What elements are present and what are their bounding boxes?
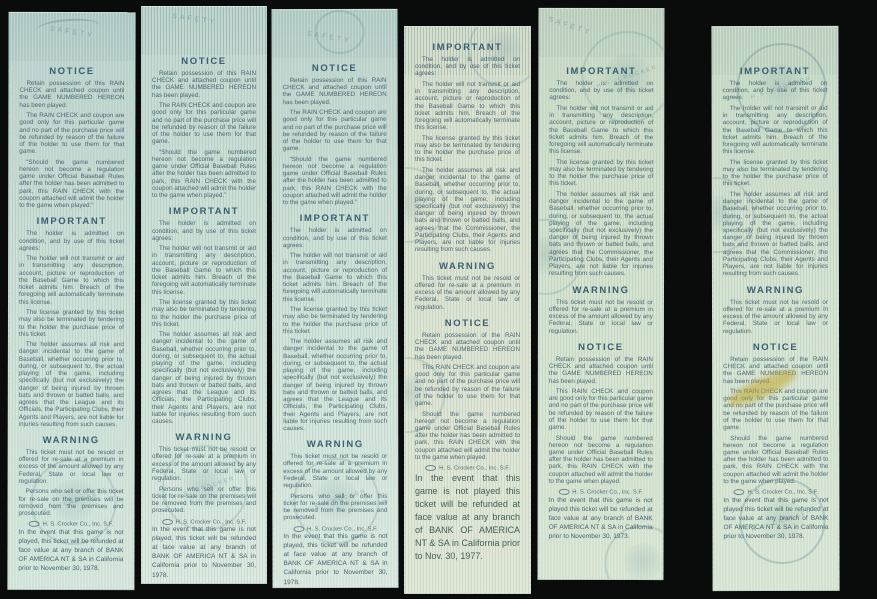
ticket-paragraph: The holder assumes all risk and danger i… xyxy=(415,167,520,254)
ticket-paragraph: The license granted by this ticket may a… xyxy=(415,135,520,164)
ticket-text-block: IMPORTANTThe holder is admitted on condi… xyxy=(549,9,654,496)
ticket-paragraph: The holder is admitted on condition, and… xyxy=(723,80,828,102)
ticket-paragraph: The holder will not transmit or aid in t… xyxy=(152,245,256,296)
ticket-text-block: IMPORTANTThe holder is admitted on condi… xyxy=(722,27,828,496)
refund-note: In the event that this game is not playe… xyxy=(549,496,653,542)
ticket-paragraph: This ticket must not be resold or offere… xyxy=(283,453,387,489)
ticket-text-block: IMPORTANTThe holder is admitted on condi… xyxy=(415,27,520,472)
section-heading-notice: NOTICE xyxy=(723,342,828,353)
ticket-back-4: IMPORTANTThe holder is admitted on condi… xyxy=(404,26,531,594)
section-heading-notice: NOTICE xyxy=(19,66,124,77)
refund-note: In the event that this game is not playe… xyxy=(152,525,256,580)
ticket-paragraph: This ticket must not be resold or offere… xyxy=(549,299,653,335)
ticket-paragraph: “Should the game numbered hereon not bec… xyxy=(19,159,124,210)
ticket-paragraph: The holder will not transmit or aid in t… xyxy=(723,105,828,156)
section-heading-notice: NOTICE xyxy=(283,63,387,74)
crocker-logo-icon xyxy=(293,526,304,532)
ticket-paragraph: The holder assumes all risk and danger i… xyxy=(283,338,387,432)
ticket-paragraph: The license granted by this ticket may a… xyxy=(723,159,828,188)
crocker-logo-icon xyxy=(29,521,40,527)
ticket-back-2: SAFETY H.S. CROCKER NOTICERetain possess… xyxy=(141,6,267,584)
ticket-paragraph: Persons who sell or offer this ticket fo… xyxy=(283,493,387,522)
ticket-paragraph: Retain possession of the RAIN CHECK and … xyxy=(549,356,653,385)
ticket-paragraph: Should the game numbered hereon not beco… xyxy=(723,434,828,485)
ticket-paragraph: The holder assumes all risk and danger i… xyxy=(152,331,256,425)
ticket-paragraph: The holder is admitted on condition, and… xyxy=(283,227,387,249)
section-heading-important: IMPORTANT xyxy=(152,206,256,217)
ticket-paragraph: Retain possession of this RAIN CHECK and… xyxy=(283,77,387,106)
ticket-paragraph: The holder is admitted on condition, and… xyxy=(549,80,653,102)
ticket-paragraph: This ticket must not be resold or offere… xyxy=(19,449,124,485)
ticket-paragraph: This ticket must not be resold or offere… xyxy=(415,275,520,311)
crocker-logo-icon xyxy=(558,489,569,495)
ticket-text-block: NOTICERetain possession of this RAIN CHE… xyxy=(19,13,125,528)
crocker-logo-icon xyxy=(734,489,745,495)
section-heading-warning: WARNING xyxy=(283,439,387,450)
ticket-paragraph: “Should the game numbered hereon not bec… xyxy=(152,149,256,200)
section-heading-notice: NOTICE xyxy=(549,342,653,353)
ticket-paragraph: Persons who sell or offer this ticket fo… xyxy=(19,488,124,517)
ticket-paragraph: The holder will not transmit or aid in t… xyxy=(549,105,653,156)
refund-note: In the event that this game is not playe… xyxy=(283,532,387,587)
ticket-paragraph: The RAIN CHECK and coupon are good only … xyxy=(152,102,256,145)
section-heading-warning: WARNING xyxy=(19,435,124,446)
ticket-paragraph: The holder will not transmit or aid in t… xyxy=(19,255,124,306)
refund-note: In the event that this game is not playe… xyxy=(18,528,123,574)
ticket-paragraph: The license granted by this ticket may a… xyxy=(549,159,653,188)
ticket-paragraph: The license granted by this ticket may a… xyxy=(19,309,124,338)
ticket-text-block: NOTICERetain possession of this RAIN CHE… xyxy=(152,7,256,525)
section-heading-important: IMPORTANT xyxy=(19,216,124,227)
section-heading-warning: WARNING xyxy=(723,285,828,296)
section-heading-notice: NOTICE xyxy=(415,318,520,329)
ticket-back-6: H.S. CROCKER H.S. CROCKER IMPORTANTThe h… xyxy=(711,26,839,591)
ticket-back-3: SAFETY H.S. CROCKER NOTICERetain possess… xyxy=(271,9,398,588)
ticket-paragraph: The license granted by this ticket may a… xyxy=(152,299,256,328)
ticket-paragraph: Retain possession of this RAIN CHECK and… xyxy=(152,70,256,99)
ticket-paragraph: The RAIN CHECK and coupon are good only … xyxy=(19,112,124,156)
ticket-paragraph: The holder is admitted on condition, and… xyxy=(152,220,256,242)
ticket-paragraph: “Should the game numbered hereon not bec… xyxy=(283,156,387,207)
section-heading-important: IMPORTANT xyxy=(549,66,653,77)
section-heading-notice: NOTICE xyxy=(152,56,256,67)
section-heading-warning: WARNING xyxy=(415,261,520,272)
section-heading-important: IMPORTANT xyxy=(415,42,520,53)
refund-note: In the event that this game is not playe… xyxy=(723,496,828,542)
ticket-back-5: SAFETY H.S. CROCKER IMPORTANTThe holder … xyxy=(538,8,665,580)
refund-note: In the event that this game is not playe… xyxy=(415,472,520,563)
ticket-paragraph: The license granted by this ticket may a… xyxy=(283,306,387,335)
ticket-paragraph: This ticket must not be resold or offere… xyxy=(723,299,828,335)
ticket-paragraph: The holder assumes all risk and danger i… xyxy=(723,191,828,278)
ticket-text-block: NOTICERetain possession of this RAIN CHE… xyxy=(282,10,387,532)
crocker-logo-icon xyxy=(162,519,173,525)
ticket-paragraph: Retain possession of this RAIN CHECK and… xyxy=(19,80,124,109)
ticket-paragraph: The holder is admitted on condition, and… xyxy=(415,56,520,78)
ticket-paragraph: Persons who sell or offer this ticket fo… xyxy=(152,486,256,515)
crocker-logo-icon xyxy=(425,465,436,471)
ticket-paragraph: Should the game numbered hereon not beco… xyxy=(549,434,653,485)
eagle-watermark-icon xyxy=(623,543,663,580)
ticket-paragraph: The holder assumes all risk and danger i… xyxy=(549,191,653,278)
ticket-back-1: SAFETY H.S. CROCKER NOTICERetain possess… xyxy=(7,12,135,590)
ticket-paragraph: The holder is admitted on condition, and… xyxy=(19,230,124,252)
ticket-paragraph: The holder will not transmit or aid in t… xyxy=(283,252,387,303)
ticket-paragraph: Should the game numbered hereon not beco… xyxy=(415,411,520,462)
ticket-paragraph: This RAIN CHECK and coupon are good only… xyxy=(549,388,653,432)
ticket-paragraph: Retain possession of the RAIN CHECK and … xyxy=(415,332,520,361)
ticket-paragraph: This ticket must not be resold or offere… xyxy=(152,446,256,482)
section-heading-warning: WARNING xyxy=(549,285,653,296)
section-heading-warning: WARNING xyxy=(152,432,256,443)
section-heading-important: IMPORTANT xyxy=(283,213,387,224)
ticket-paragraph: This RAIN CHECK and coupon are good only… xyxy=(415,364,520,407)
section-heading-important: IMPORTANT xyxy=(722,66,827,77)
ticket-paragraph: The RAIN CHECK and coupon are good only … xyxy=(283,109,387,153)
ticket-paragraph: The holder assumes all risk and danger i… xyxy=(19,341,124,428)
ticket-paragraph: The holder will not transmit or aid in t… xyxy=(415,81,520,132)
